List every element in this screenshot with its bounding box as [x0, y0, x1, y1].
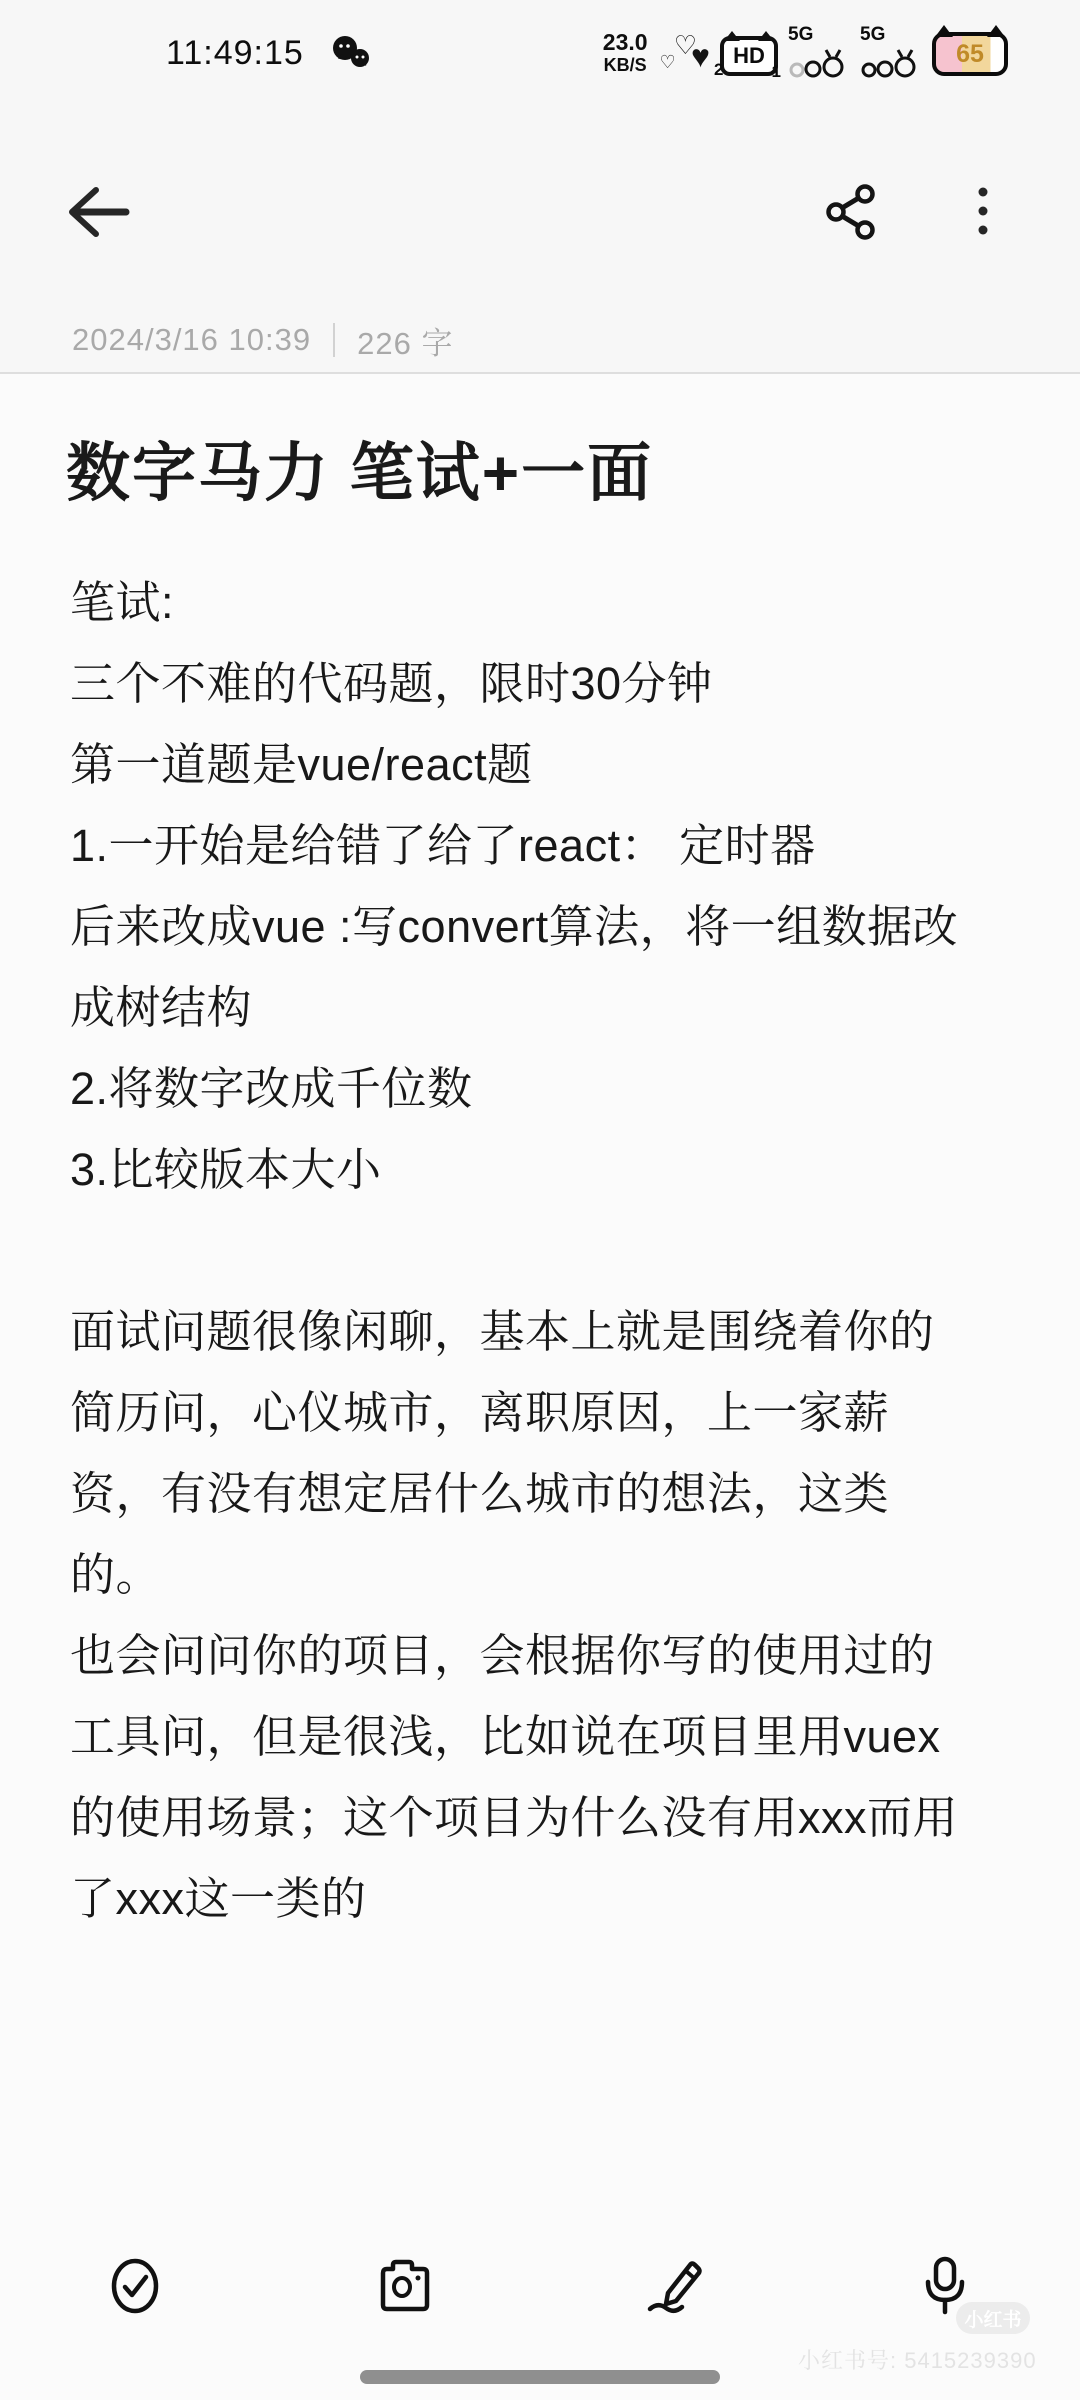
- note-line: 成树结构: [70, 967, 1045, 1048]
- battery-percent: 65: [956, 40, 984, 69]
- note-line: 了xxx这一类的: [70, 1858, 1045, 1939]
- clock-time: 11:49:15: [166, 34, 304, 73]
- note-body[interactable]: 笔试: 三个不难的代码题，限时30分钟 第一道题是vue/react题 1.一开…: [70, 562, 1045, 1939]
- note-line: 2.将数字改成千位数: [70, 1048, 1045, 1129]
- bottom-toolbar: [0, 2238, 1080, 2334]
- note-line: 笔试:: [70, 562, 1045, 643]
- battery-cat-icon: 65: [932, 32, 1008, 76]
- handwrite-pen-button[interactable]: [540, 2238, 810, 2334]
- network-speed-value: 23.0: [603, 31, 648, 54]
- note-line: 3.比较版本大小: [70, 1129, 1045, 1210]
- meta-divider: [333, 323, 335, 357]
- back-button[interactable]: [62, 182, 132, 242]
- note-line: 简历问，心仪城市，离职原因，上一家薪: [70, 1372, 1045, 1453]
- xiaohongshu-watermark-id: 小红书号: 5415239390: [798, 2344, 1037, 2375]
- note-line: 的使用场景；这个项目为什么没有用xxx而用: [70, 1777, 1045, 1858]
- heart-decoration-icons: ♡ ♡ ♥: [660, 30, 710, 75]
- note-line: 第一道题是vue/react题: [70, 724, 1045, 805]
- status-right-cluster: 23.0 KB/S ♡ ♡ ♥ HD 2 1 5G: [603, 22, 1008, 82]
- note-line-blank: [70, 1210, 1045, 1291]
- share-button[interactable]: [822, 184, 882, 240]
- volte-hd-icon: HD 2 1: [720, 36, 778, 76]
- signal-5g-sim2-icon: 5G: [860, 26, 922, 78]
- note-line: 工具问，但是很浅，比如说在项目里用vuex: [70, 1696, 1045, 1777]
- sim1-label: 1: [772, 62, 781, 82]
- note-line: 也会问问你的项目，会根据你写的使用过的: [70, 1615, 1045, 1696]
- note-line: 后来改成vue :写convert算法，将一组数据改: [70, 886, 1045, 967]
- notes-app-screen: 11:49:15 23.0 KB/S: [0, 0, 1080, 2400]
- home-indicator-bar[interactable]: [360, 2370, 720, 2384]
- camera-button[interactable]: [270, 2238, 540, 2334]
- overflow-menu-button[interactable]: [958, 184, 1008, 240]
- note-line: 三个不难的代码题，限时30分钟: [70, 643, 1045, 724]
- note-word-count: 226 字: [357, 318, 453, 363]
- status-bar: 11:49:15 23.0 KB/S: [0, 20, 1080, 80]
- network-speed-unit: KB/S: [603, 56, 648, 74]
- sim2-label: 2: [714, 60, 723, 80]
- note-line: 资，有没有想定居什么城市的想法，这类: [70, 1453, 1045, 1534]
- note-meta: 2024/3/16 10:39 226 字: [72, 318, 453, 362]
- signal-5g-sim1-icon: 5G: [788, 26, 850, 78]
- hd-label: HD: [733, 43, 765, 69]
- note-date: 2024/3/16 10:39: [72, 322, 311, 358]
- note-line: 面试问题很像闲聊，基本上就是围绕着你的: [70, 1291, 1045, 1372]
- note-line: 的。: [70, 1534, 1045, 1615]
- header-zone: 11:49:15 23.0 KB/S: [0, 0, 1080, 374]
- heart-icon: ♥: [691, 38, 710, 75]
- todo-check-button[interactable]: [0, 2238, 270, 2334]
- xiaohongshu-watermark-badge: 小红书: [956, 2302, 1030, 2334]
- network-speed: 23.0 KB/S: [603, 31, 648, 74]
- note-line: 1.一开始是给错了给了react： 定时器: [70, 805, 1045, 886]
- voice-record-button[interactable]: [810, 2238, 1080, 2334]
- note-title[interactable]: 数字马力 笔试+一面: [66, 422, 1026, 514]
- wechat-notification-icon: [330, 34, 372, 77]
